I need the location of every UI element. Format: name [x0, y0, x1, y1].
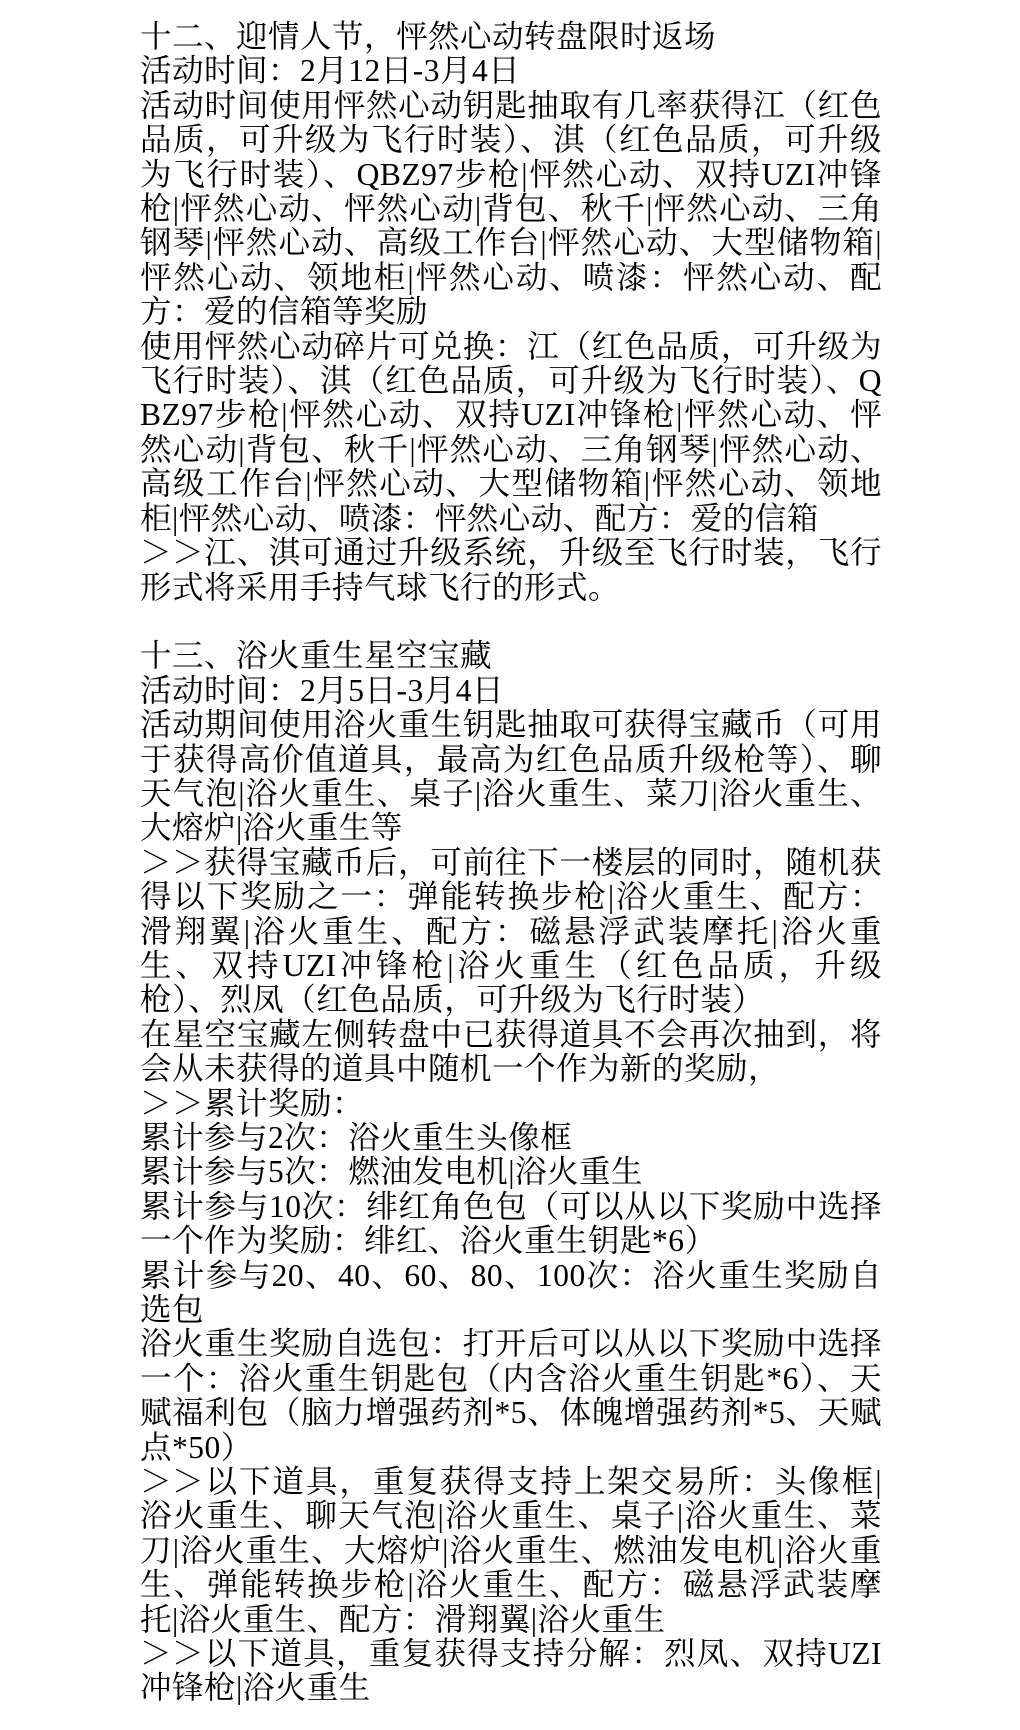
- document-page: 十二、迎情人节，怦然心动转盘限时返场 活动时间：2月12日-3月4日 活动时间使…: [0, 0, 1020, 1730]
- section-13-cumulative-10-times: 累计参与10次：绯红角色包（可以从以下奖励中选择一个作为奖励：绯红、浴火重生钥匙…: [140, 1190, 882, 1259]
- section-13-selectable-pack-paragraph: 浴火重生奖励自选包：打开后可以从以下奖励中选择一个：浴火重生钥匙包（内含浴火重生…: [140, 1327, 882, 1465]
- section-13-cumulative-rewards-label: ＞＞累计奖励：: [140, 1087, 882, 1121]
- section-13-treasure-coin-paragraph: 活动期间使用浴火重生钥匙抽取可获得宝藏币（可用于获得高价值道具，最高为红色品质升…: [140, 708, 882, 846]
- section-12-event-time: 活动时间：2月12日-3月4日: [140, 54, 882, 88]
- section-13-tradeable-items-paragraph: ＞＞以下道具，重复获得支持上架交易所：头像框|浴火重生、聊天气泡|浴火重生、桌子…: [140, 1465, 882, 1637]
- section-13-no-repeat-note-paragraph: 在星空宝藏左侧转盘中已获得道具不会再次抽到，将会从未获得的道具中随机一个作为新的…: [140, 1018, 882, 1087]
- section-12-fragment-exchange-paragraph: 使用怦然心动碎片可兑换：江（红色品质，可升级为飞行时装）、淇（红色品质，可升级为…: [140, 330, 882, 536]
- section-13-cumulative-20-100-times: 累计参与20、40、60、80、100次：浴火重生奖励自选包: [140, 1259, 882, 1328]
- section-13-event-time: 活动时间：2月5日-3月4日: [140, 674, 882, 708]
- section-13-decomposable-items-paragraph: ＞＞以下道具，重复获得支持分解：烈凤、双持UZI冲锋枪|浴火重生: [140, 1637, 882, 1706]
- section-12-upgrade-note-paragraph: ＞＞江、淇可通过升级系统，升级至飞行时装，飞行形式将采用手持气球飞行的形式。: [140, 536, 882, 605]
- section-12-heading: 十二、迎情人节，怦然心动转盘限时返场: [140, 20, 882, 54]
- section-13-cumulative-5-times: 累计参与5次：燃油发电机|浴火重生: [140, 1155, 882, 1189]
- section-13-floor-rewards-paragraph: ＞＞获得宝藏币后，可前往下一楼层的同时，随机获得以下奖励之一：弹能转换步枪|浴火…: [140, 846, 882, 1018]
- section-13-cumulative-2-times: 累计参与2次：浴火重生头像框: [140, 1121, 882, 1155]
- section-12-draw-rewards-paragraph: 活动时间使用怦然心动钥匙抽取有几率获得江（红色品质，可升级为飞行时装）、淇（红色…: [140, 89, 882, 330]
- section-gap: [140, 605, 882, 639]
- section-13-heading: 十三、浴火重生星空宝藏: [140, 639, 882, 673]
